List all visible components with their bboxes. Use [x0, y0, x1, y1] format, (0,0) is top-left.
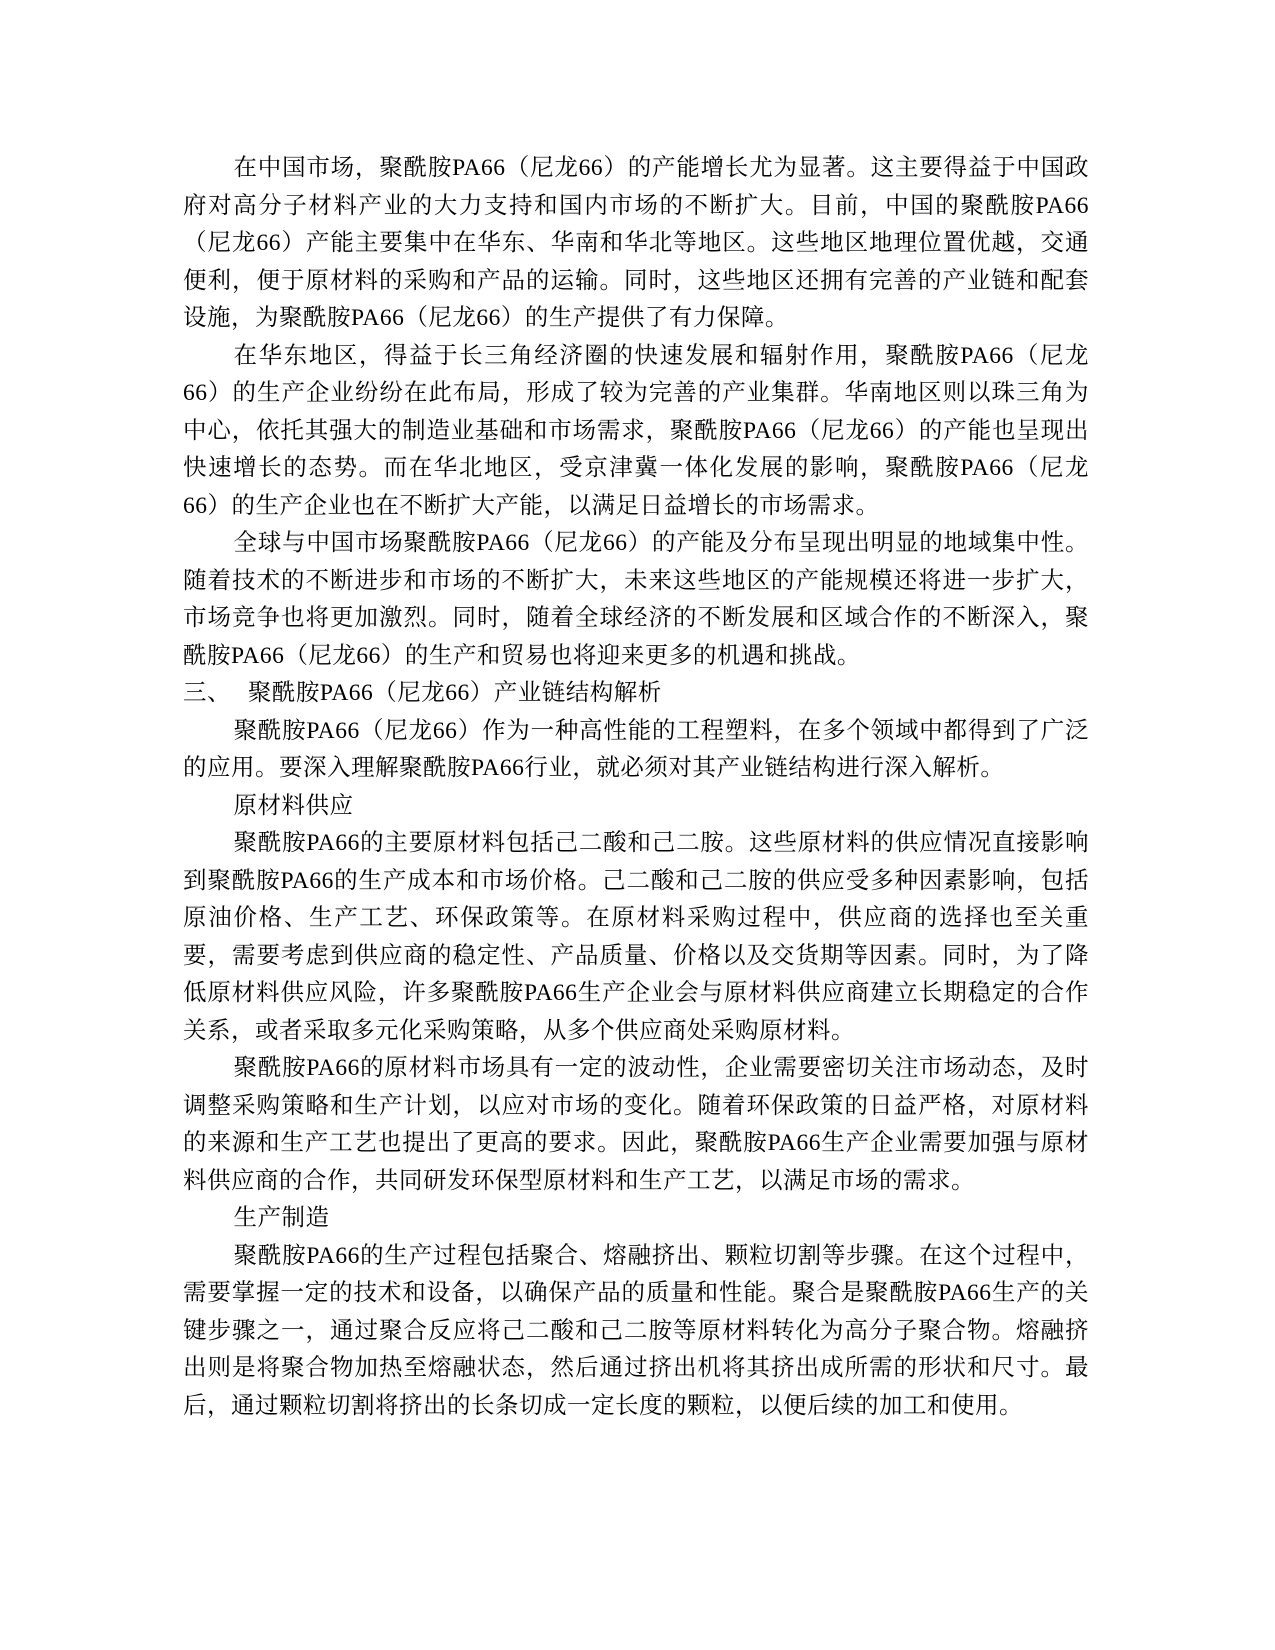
paragraph-china-capacity-growth: 在中国市场，聚酰胺PA66（尼龙66）的产能增长尤为显著。这主要得益于中国政府对…	[183, 150, 1089, 338]
section-heading-numeral: 三、	[183, 680, 231, 706]
paragraph-manufacturing-process: 聚酰胺PA66的生产过程包括聚合、熔融挤出、颗粒切割等步骤。在这个过程中，需要掌…	[183, 1238, 1089, 1426]
section-heading-title: 聚酰胺PA66（尼龙66）产业链结构解析	[248, 680, 662, 706]
paragraph-global-china-distribution: 全球与中国市场聚酰胺PA66（尼龙66）的产能及分布呈现出明显的地域集中性。随着…	[183, 525, 1089, 675]
document-page: 在中国市场，聚酰胺PA66（尼龙66）的产能增长尤为显著。这主要得益于中国政府对…	[0, 0, 1275, 1650]
paragraph-industry-chain-intro: 聚酰胺PA66（尼龙66）作为一种高性能的工程塑料，在多个领域中都得到了广泛的应…	[183, 713, 1089, 788]
paragraph-regional-clusters: 在华东地区，得益于长三角经济圈的快速发展和辐射作用，聚酰胺PA66（尼龙66）的…	[183, 338, 1089, 526]
section-heading-industry-chain: 三、聚酰胺PA66（尼龙66）产业链结构解析	[183, 675, 1089, 713]
paragraph-raw-material-market-volatility: 聚酰胺PA66的原材料市场具有一定的波动性，企业需要密切关注市场动态，及时调整采…	[183, 1050, 1089, 1200]
document-body: 在中国市场，聚酰胺PA66（尼龙66）的产能增长尤为显著。这主要得益于中国政府对…	[183, 150, 1089, 1425]
subsection-title-raw-material-supply: 原材料供应	[183, 788, 1089, 826]
paragraph-raw-material-supply: 聚酰胺PA66的主要原材料包括己二酸和己二胺。这些原材料的供应情况直接影响到聚酰…	[183, 825, 1089, 1050]
subsection-title-manufacturing: 生产制造	[183, 1200, 1089, 1238]
